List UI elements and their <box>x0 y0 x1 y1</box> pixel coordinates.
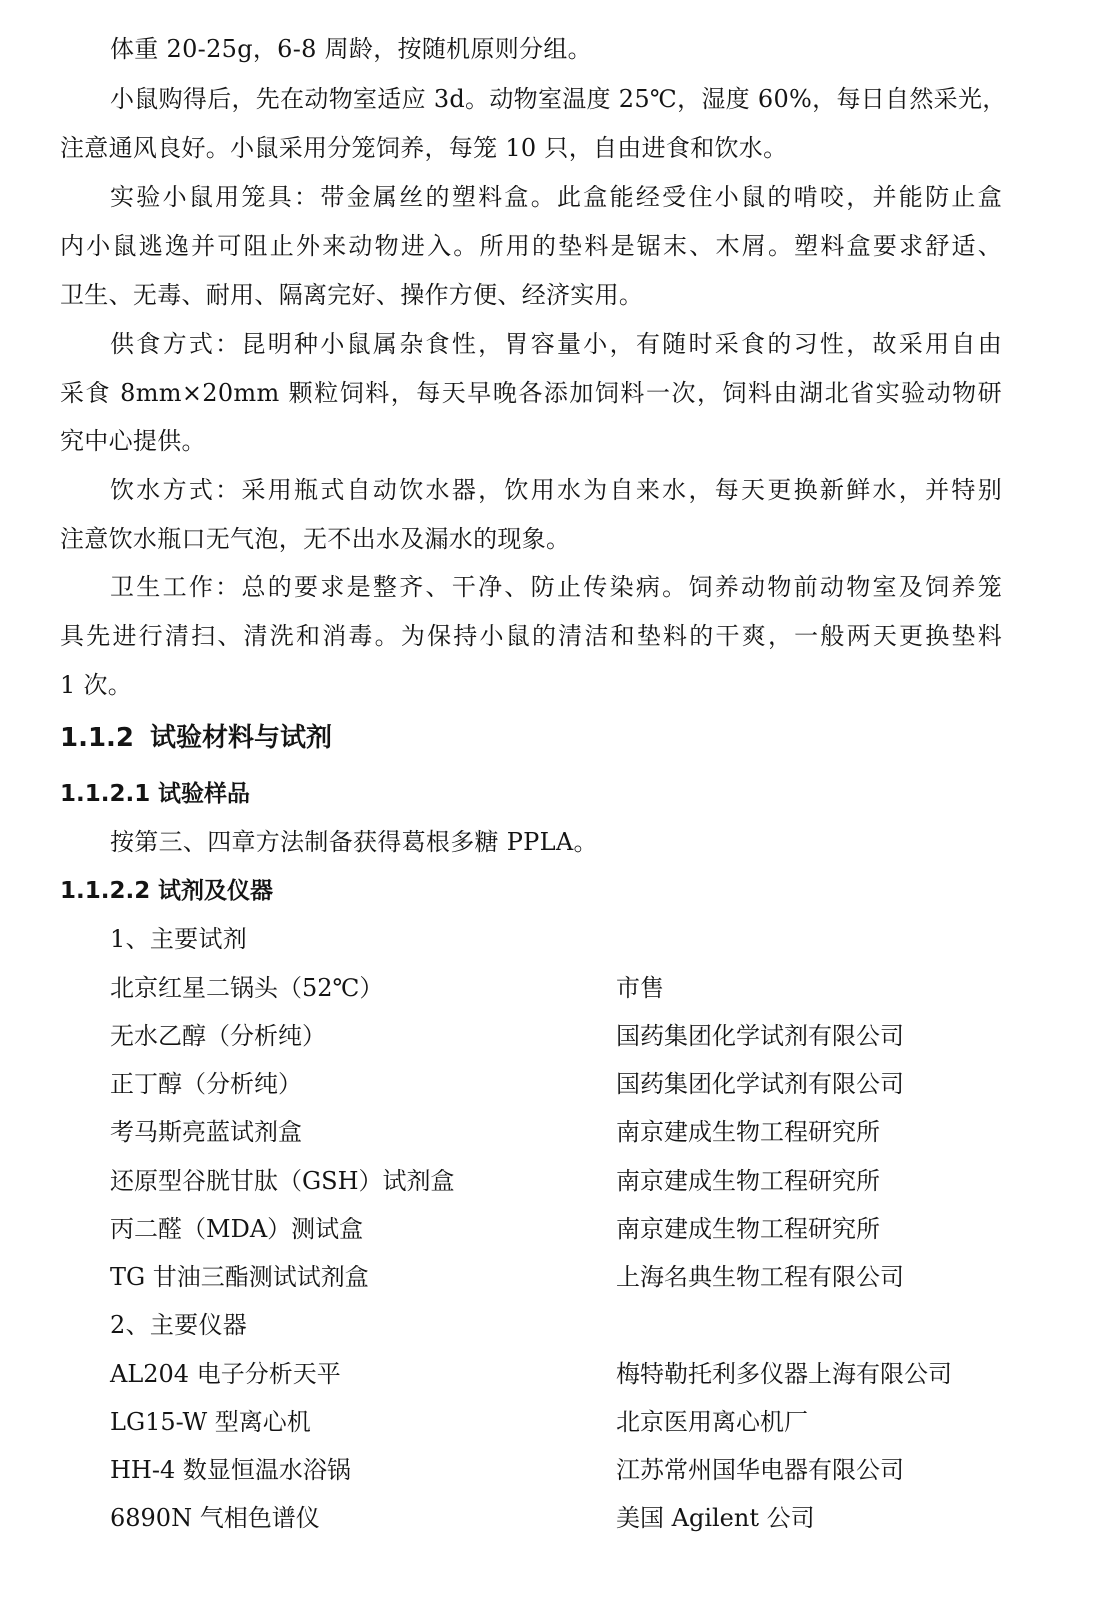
paragraph-line: 注意饮水瓶口无气泡，无不出水及漏水的现象。 <box>60 524 1010 554</box>
reagent-name: 正丁醇（分析纯） <box>110 1069 302 1099</box>
paragraph-line: 按第三、四章方法制备获得葛根多糖 PPLA。 <box>110 827 1060 857</box>
paragraph-line: 究中心提供。 <box>60 426 1010 456</box>
paragraph-line: 卫生工作：总的要求是整齐、干净、防止传染病。饲养动物前动物室及饲养笼 <box>110 572 1002 602</box>
instrument-source: 梅特勒托利多仪器上海有限公司 <box>616 1359 952 1389</box>
section-heading: 1.1.2试验材料与试剂 <box>60 722 332 754</box>
reagent-source: 国药集团化学试剂有限公司 <box>616 1021 904 1051</box>
reagent-source: 南京建成生物工程研究所 <box>616 1117 880 1147</box>
instrument-source: 江苏常州国华电器有限公司 <box>616 1455 904 1485</box>
reagent-name: 北京红星二锅头（52℃） <box>110 973 383 1003</box>
section-number: 1.1.2 <box>60 722 150 754</box>
instruments-heading: 2、主要仪器 <box>110 1310 1060 1340</box>
subsection-title: 试剂及仪器 <box>158 878 273 904</box>
paragraph-line: 体重 20-25g，6-8 周龄，按随机原则分组。 <box>110 34 1060 64</box>
document-page: 体重 20-25g，6-8 周龄，按随机原则分组。 小鼠购得后，先在动物室适应 … <box>0 0 1095 1600</box>
reagent-source: 国药集团化学试剂有限公司 <box>616 1069 904 1099</box>
subsection-number: 1.1.2.2 <box>60 876 158 906</box>
paragraph-line: 采食 8mm×20mm 颗粒饲料，每天早晚各添加饲料一次，饲料由湖北省实验动物研 <box>60 378 1002 408</box>
paragraph-line: 小鼠购得后，先在动物室适应 3d。动物室温度 25℃，湿度 60%，每日自然采光… <box>110 84 1002 114</box>
reagent-name: 还原型谷胱甘肽（GSH）试剂盒 <box>110 1166 455 1196</box>
reagents-heading: 1、主要试剂 <box>110 924 1060 954</box>
reagent-source: 南京建成生物工程研究所 <box>616 1214 880 1244</box>
paragraph-line: 注意通风良好。小鼠采用分笼饲养，每笼 10 只，自由进食和饮水。 <box>60 133 1010 163</box>
reagent-source: 上海名典生物工程有限公司 <box>616 1262 904 1292</box>
instrument-name: AL204 电子分析天平 <box>110 1359 341 1389</box>
subsection-title: 试验样品 <box>158 781 250 807</box>
reagent-name: 丙二醛（MDA）测试盒 <box>110 1214 363 1244</box>
paragraph-line: 内小鼠逃逸并可阻止外来动物进入。所用的垫料是锯末、木屑。塑料盒要求舒适、 <box>60 231 1002 261</box>
reagent-source: 南京建成生物工程研究所 <box>616 1166 880 1196</box>
reagent-name: 无水乙醇（分析纯） <box>110 1021 326 1051</box>
instrument-name: LG15-W 型离心机 <box>110 1407 311 1437</box>
reagent-name: 考马斯亮蓝试剂盒 <box>110 1117 302 1147</box>
subsection-number: 1.1.2.1 <box>60 779 158 809</box>
subsection-heading: 1.1.2.2试剂及仪器 <box>60 876 273 906</box>
instrument-name: 6890N 气相色谱仪 <box>110 1503 320 1533</box>
paragraph-line: 供食方式：昆明种小鼠属杂食性，胃容量小，有随时采食的习性，故采用自由 <box>110 329 1002 359</box>
reagent-source: 市售 <box>616 973 664 1003</box>
paragraph-line: 饮水方式：采用瓶式自动饮水器，饮用水为自来水，每天更换新鲜水，并特别 <box>110 475 1002 505</box>
paragraph-line: 具先进行清扫、清洗和消毒。为保持小鼠的清洁和垫料的干爽，一般两天更换垫料 <box>60 621 1002 651</box>
section-title: 试验材料与试剂 <box>150 723 332 753</box>
paragraph-line: 卫生、无毒、耐用、隔离完好、操作方便、经济实用。 <box>60 280 1010 310</box>
paragraph-line: 实验小鼠用笼具：带金属丝的塑料盒。此盒能经受住小鼠的啃咬，并能防止盒 <box>110 182 1002 212</box>
subsection-heading: 1.1.2.1试验样品 <box>60 779 250 809</box>
paragraph-line: 1 次。 <box>60 670 1010 700</box>
instrument-source: 美国 Agilent 公司 <box>616 1503 815 1533</box>
instrument-name: HH-4 数显恒温水浴锅 <box>110 1455 351 1485</box>
reagent-name: TG 甘油三酯测试试剂盒 <box>110 1262 369 1292</box>
instrument-source: 北京医用离心机厂 <box>616 1407 808 1437</box>
